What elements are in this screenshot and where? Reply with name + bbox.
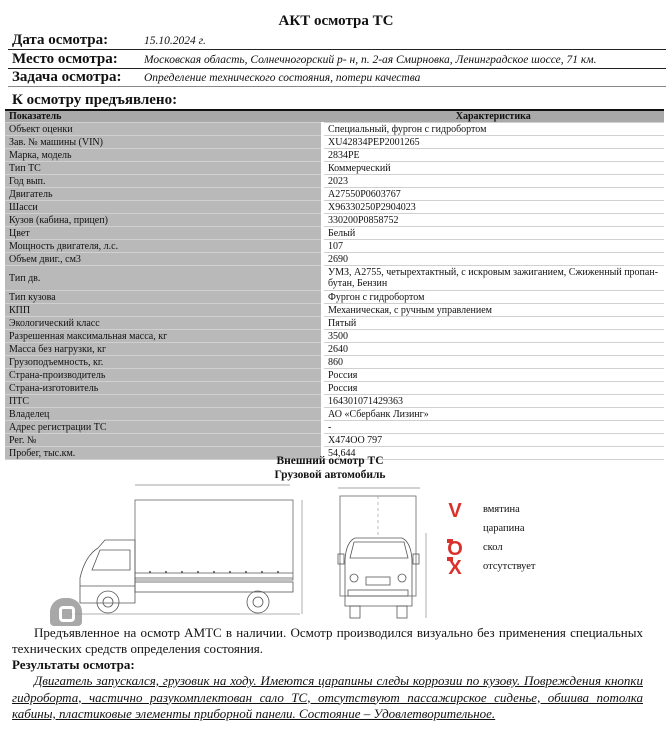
results-text: Двигатель запускался, грузовик на ходу. … <box>12 673 643 723</box>
value-cell: Специальный, фургон с гидробортом <box>323 123 665 136</box>
section-heading: К осмотру предъявлено: <box>12 92 177 109</box>
indicator-cell: Год вып. <box>5 175 323 188</box>
table-row: Адрес регистрации ТС- <box>5 421 664 434</box>
results-heading: Результаты осмотра: <box>12 657 135 673</box>
value-cell: 2690 <box>323 253 665 266</box>
value-cell: X96330250P2904023 <box>323 201 665 214</box>
indicator-cell: Грузоподъемность, кг. <box>5 356 323 369</box>
value-cell: АО «Сбербанк Лизинг» <box>323 408 665 421</box>
value-cell: 2834PE <box>323 149 665 162</box>
value-cell: Пятый <box>323 317 665 330</box>
indicator-cell: Кузов (кабина, прицеп) <box>5 214 323 227</box>
indicator-cell: ПТС <box>5 395 323 408</box>
table-row: ВладелецАО «Сбербанк Лизинг» <box>5 408 664 421</box>
table-row: Объект оценкиСпециальный, фургон с гидро… <box>5 123 664 136</box>
value-cell: Х474ОО 797 <box>323 434 665 447</box>
document-title: АКТ осмотра ТС <box>0 13 672 30</box>
meta-value: Определение технического состояния, поте… <box>144 70 420 86</box>
indicator-cell: Масса без нагрузки, кг <box>5 343 323 356</box>
table-row: ПТС164301071429363 <box>5 395 664 408</box>
value-cell: Россия <box>323 369 665 382</box>
table-row: Масса без нагрузки, кг2640 <box>5 343 664 356</box>
table-row: Тип кузоваФургон с гидробортом <box>5 291 664 304</box>
meta-label: Место осмотра: <box>12 50 118 68</box>
spec-table-body: Объект оценкиСпециальный, фургон с гидро… <box>5 123 664 460</box>
indicator-cell: Марка, модель <box>5 149 323 162</box>
value-cell: 2023 <box>323 175 665 188</box>
indicator-cell: Тип дв. <box>5 266 323 291</box>
table-row: Марка, модель2834PE <box>5 149 664 162</box>
indicator-cell: Двигатель <box>5 188 323 201</box>
indicator-cell: КПП <box>5 304 323 317</box>
table-row: Мощность двигателя, л.с.107 <box>5 240 664 253</box>
table-row: Страна-изготовительРоссия <box>5 382 664 395</box>
table-row: КППМеханическая, с ручным управлением <box>5 304 664 317</box>
indicator-cell: Владелец <box>5 408 323 421</box>
value-cell: 860 <box>323 356 665 369</box>
table-row: Страна-производительРоссия <box>5 369 664 382</box>
legend-label: скол <box>483 542 503 553</box>
table-row: Грузоподъемность, кг.860 <box>5 356 664 369</box>
value-cell: 164301071429363 <box>323 395 665 408</box>
table-row: Экологический классПятый <box>5 317 664 330</box>
missing-icon: X <box>445 559 465 578</box>
table-row: ДвигательA27550P0603767 <box>5 188 664 201</box>
indicator-cell: Шасси <box>5 201 323 214</box>
table-row: ЦветБелый <box>5 227 664 240</box>
meta-row-place: Место осмотра: Московская область, Солне… <box>8 50 666 69</box>
meta-value: Московская область, Солнечногорский р- н… <box>144 52 597 68</box>
indicator-cell: Тип кузова <box>5 291 323 304</box>
scratch-icon <box>447 530 463 534</box>
table-row: Зав. № машины (VIN)XU42834PEP2001265 <box>5 136 664 149</box>
value-cell: - <box>323 421 665 434</box>
indicator-cell: Зав. № машины (VIN) <box>5 136 323 149</box>
indicator-cell: Разрешенная максимальная масса, кг <box>5 330 323 343</box>
dent-icon: V <box>445 502 465 521</box>
table-row: Разрешенная максимальная масса, кг3500 <box>5 330 664 343</box>
column-header: Показатель <box>5 111 323 123</box>
spec-table: Показатель Характеристика Объект оценкиС… <box>5 111 664 460</box>
value-cell: A27550P0603767 <box>323 188 665 201</box>
value-cell: 3500 <box>323 330 665 343</box>
lens-overlay-icon[interactable] <box>50 598 82 626</box>
indicator-cell: Тип ТС <box>5 162 323 175</box>
table-row: ШассиX96330250P2904023 <box>5 201 664 214</box>
indicator-cell: Цвет <box>5 227 323 240</box>
legend-label: царапина <box>483 523 525 534</box>
indicator-cell: Страна-изготовитель <box>5 382 323 395</box>
meta-value: 15.10.2024 г. <box>144 33 206 49</box>
table-row: Рег. №Х474ОО 797 <box>5 434 664 447</box>
table-row: Год вып.2023 <box>5 175 664 188</box>
value-cell: Белый <box>323 227 665 240</box>
legend-label: вмятина <box>483 504 520 515</box>
value-cell: 330200P0858752 <box>323 214 665 227</box>
truck-side-view <box>70 485 302 614</box>
legend-label: отсутствует <box>483 561 536 572</box>
column-header: Характеристика <box>323 111 665 123</box>
exterior-title: Внешний осмотр ТС <box>200 454 460 468</box>
table-row: Тип дв.УМЗ, А2755, четырехтактный, с иск… <box>5 266 664 291</box>
value-cell: XU42834PEP2001265 <box>323 136 665 149</box>
value-cell: Фургон с гидробортом <box>323 291 665 304</box>
value-cell: 107 <box>323 240 665 253</box>
table-header-row: Показатель Характеристика <box>5 111 664 123</box>
value-cell: 2640 <box>323 343 665 356</box>
meta-label: Дата осмотра: <box>12 31 108 49</box>
inspection-note: Предъявленное на осмотр АМТС в наличии. … <box>12 625 643 657</box>
indicator-cell: Страна-производитель <box>5 369 323 382</box>
meta-row-date: Дата осмотра: 15.10.2024 г. <box>8 31 666 50</box>
truck-drawing <box>40 478 450 628</box>
meta-row-task: Задача осмотра: Определение технического… <box>8 68 666 87</box>
table-row: Объем двиг., см32690 <box>5 253 664 266</box>
value-cell: Механическая, с ручным управлением <box>323 304 665 317</box>
value-cell: Коммерческий <box>323 162 665 175</box>
indicator-cell: Объем двиг., см3 <box>5 253 323 266</box>
indicator-cell: Адрес регистрации ТС <box>5 421 323 434</box>
truck-front-view <box>338 488 426 618</box>
value-cell: УМЗ, А2755, четырехтактный, с искровым з… <box>323 266 665 291</box>
indicator-cell: Экологический класс <box>5 317 323 330</box>
indicator-cell: Объект оценки <box>5 123 323 136</box>
value-cell: Россия <box>323 382 665 395</box>
indicator-cell: Рег. № <box>5 434 323 447</box>
meta-label: Задача осмотра: <box>12 68 121 86</box>
table-row: Кузов (кабина, прицеп)330200P0858752 <box>5 214 664 227</box>
indicator-cell: Мощность двигателя, л.с. <box>5 240 323 253</box>
table-row: Тип ТСКоммерческий <box>5 162 664 175</box>
